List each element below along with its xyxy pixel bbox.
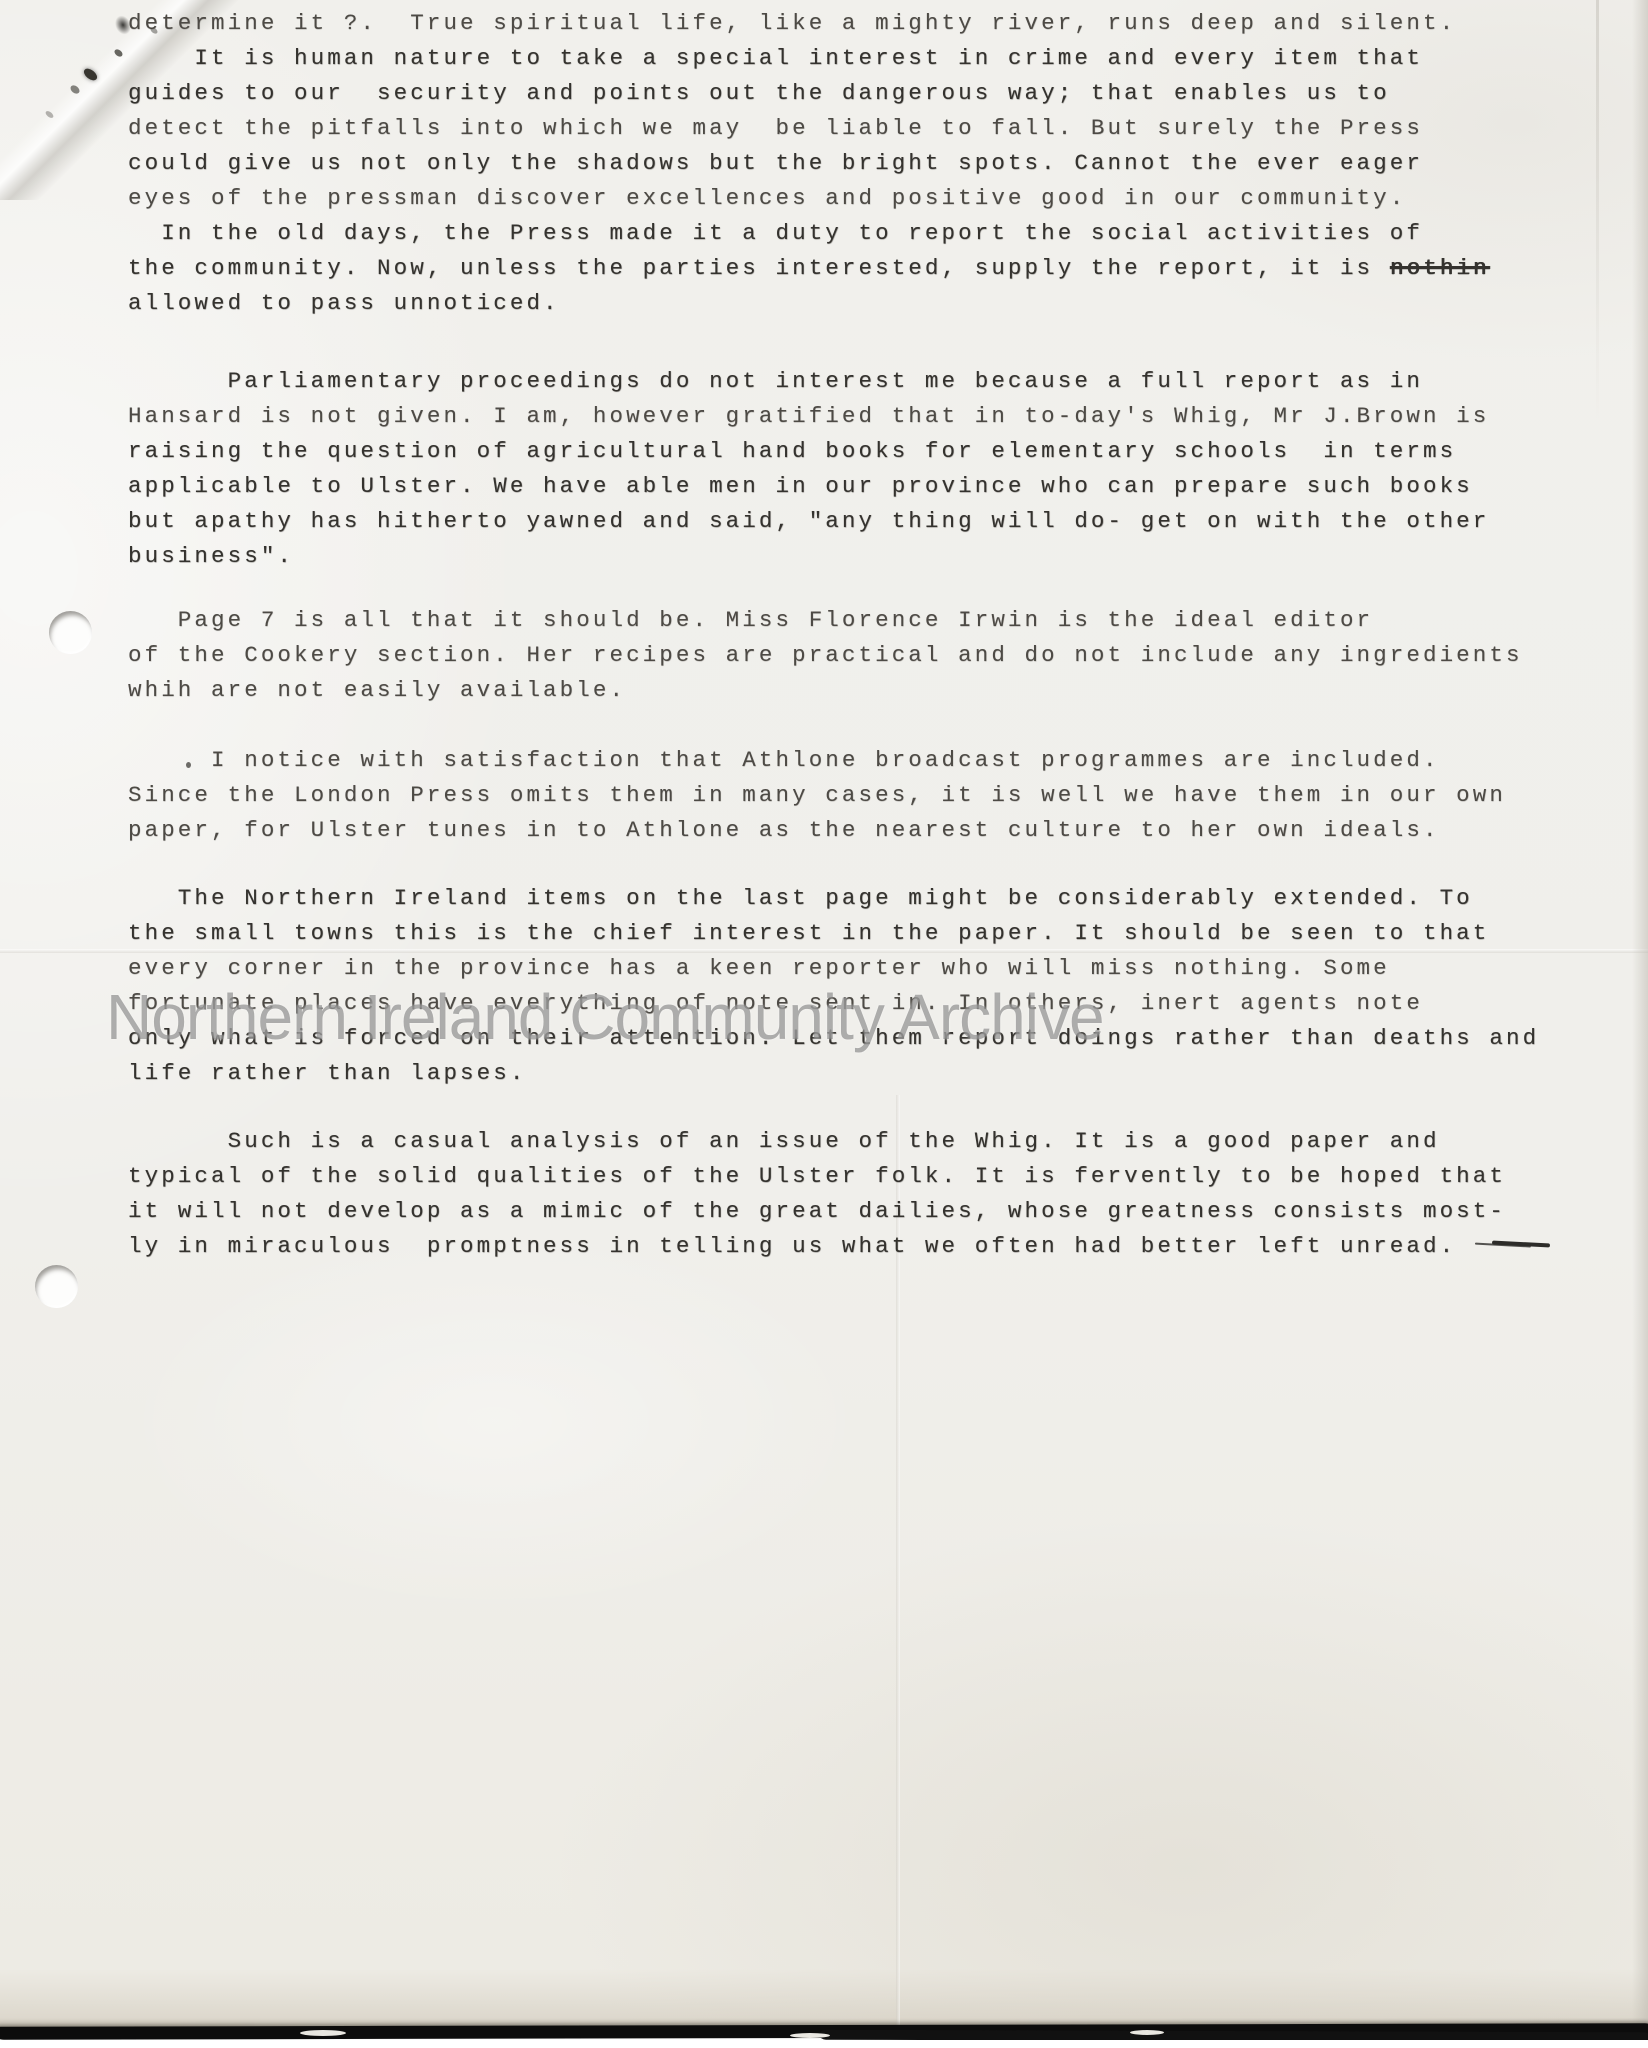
text-line: Such is a casual analysis of an issue of… [128, 1124, 1506, 1159]
struck-out-word: nothin [1390, 255, 1490, 281]
text-line: In the old days, the Press made it a dut… [128, 216, 1489, 251]
text-line: of the Cookery section. Her recipes are … [128, 638, 1523, 673]
text-line: allowed to pass unnoticed. [128, 286, 1489, 321]
scanned-page: determine it ?. True spiritual life, lik… [0, 0, 1648, 2030]
text-line: Since the London Press omits them in man… [128, 778, 1506, 813]
text-line: business". [128, 539, 1489, 574]
text-line: I notice with satisfaction that Athlone … [128, 743, 1506, 778]
text-line: Parliamentary proceedings do not interes… [128, 364, 1489, 399]
ink-dot [186, 762, 191, 768]
paragraph-6: Such is a casual analysis of an issue of… [128, 1124, 1506, 1264]
text-line: guides to our security and points out th… [128, 76, 1489, 111]
edge-gap [300, 2030, 346, 2036]
text-line: it will not develop as a mimic of the gr… [128, 1194, 1506, 1229]
text-line: typical of the solid qualities of the Ul… [128, 1159, 1506, 1194]
edge-gap [790, 2033, 830, 2038]
text-line: could give us not only the shadows but t… [128, 146, 1489, 181]
text-line: eyes of the pressman discover excellence… [128, 181, 1489, 216]
text-line: the community. Now, unless the parties i… [128, 251, 1489, 286]
punch-hole-bottom [35, 1265, 78, 1308]
paragraph-4: I notice with satisfaction that Athlone … [128, 743, 1506, 848]
text-line: but apathy has hitherto yawned and said,… [128, 504, 1489, 539]
text-line: ly in miraculous promptness in telling u… [128, 1229, 1506, 1264]
paragraph-1: determine it ?. True spiritual life, lik… [128, 6, 1489, 321]
text-line: determine it ?. True spiritual life, lik… [128, 6, 1489, 41]
paragraph-2: Parliamentary proceedings do not interes… [128, 364, 1489, 574]
text-line: applicable to Ulster. We have able men i… [128, 469, 1489, 504]
text-line: raising the question of agricultural han… [128, 434, 1489, 469]
text-line: Page 7 is all that it should be. Miss Fl… [128, 603, 1523, 638]
scanner-background [0, 2040, 1648, 2048]
text-line: life rather than lapses. [128, 1056, 1539, 1091]
archive-watermark: Northern Ireland Community Archive [106, 980, 1104, 1054]
paragraph-3: Page 7 is all that it should be. Miss Fl… [128, 603, 1523, 708]
edge-gap [1130, 2030, 1164, 2035]
text-line: detect the pitfalls into which we may be… [128, 111, 1489, 146]
text-line: It is human nature to take a special int… [128, 41, 1489, 76]
text-line: the small towns this is the chief intere… [128, 916, 1539, 951]
text-line: The Northern Ireland items on the last p… [128, 881, 1539, 916]
punch-hole-top [49, 611, 92, 654]
text-line: paper, for Ulster tunes in to Athlone as… [128, 813, 1506, 848]
text-line: Hansard is not given. I am, however grat… [128, 399, 1489, 434]
text-line: whih are not easily available. [128, 673, 1523, 708]
text-segment: the community. Now, unless the parties i… [128, 255, 1390, 281]
